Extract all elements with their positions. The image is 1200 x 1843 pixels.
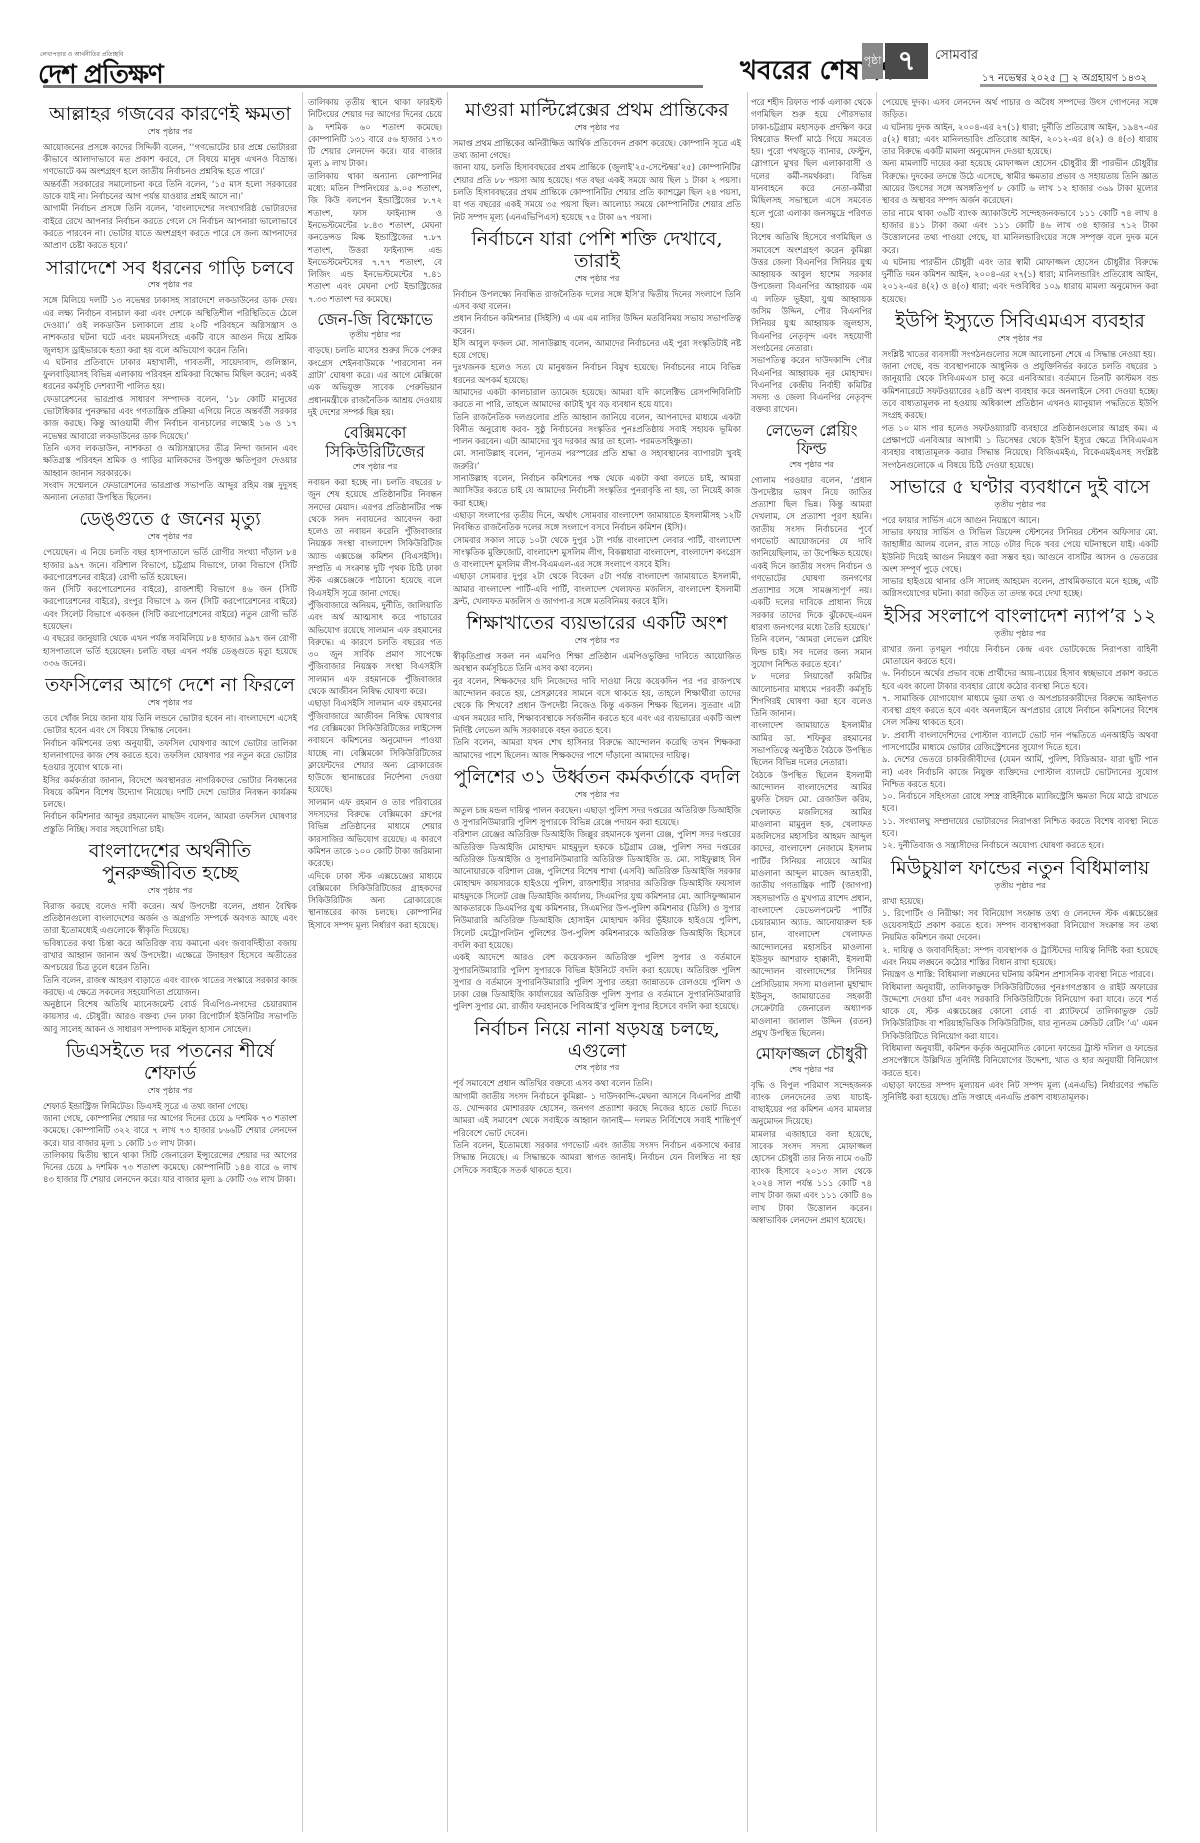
column-mid-left: তালিকায় তৃতীয় স্থানে থাকা ফারইস্ট নিটি… [308, 96, 442, 937]
article: সারাদেশে সব ধরনের গাড়ি চলবেশেষ পৃষ্ঠার … [43, 258, 297, 504]
article-paragraph: এ ঘটনায় দুদক আইন, ২০০৪-এর ২৭(১) ধারা; দ… [882, 121, 1158, 158]
continued-from-label: শেষ পৃষ্ঠার পর [308, 461, 442, 474]
article-paragraph: অন্তর্বর্তী সরকারের সমালোচনা করে তিনি বল… [43, 178, 297, 203]
article-paragraph: এছাড়া বিএসইসি সালমান এফ রহমানের পুঁজিবা… [308, 697, 442, 795]
article-paragraph: জানা গেছে, বন্ড ব্যবস্থাপনাকে আধুনিক ও প… [882, 360, 1158, 421]
article-paragraph: ৯. দেশের ভেতরে চাকরিজীবীদের (যেমন আর্মি,… [882, 753, 1158, 790]
article-paragraph: সমাপ্ত প্রথম প্রান্তিকের অনিরীক্ষিত আর্থ… [453, 137, 741, 162]
article-paragraph: বরিশাল রেঞ্জের অতিরিক্ত ডিআইজি জিল্লুর র… [453, 828, 741, 951]
article-paragraph: সাভার ফায়ার সার্ভিস ও সিভিল ডিফেন্স স্ট… [882, 526, 1158, 575]
article: মোফাজ্জল চৌধুরীশেষ পৃষ্ঠার পরবৃদ্ধি ও বি… [751, 1045, 872, 1226]
continued-from-label: শেষ পৃষ্ঠার পর [43, 279, 297, 292]
article-paragraph: এছাড়া সোমবার দুপুর ২টা থেকে বিকেল ৫টা প… [453, 570, 741, 607]
article-paragraph: তার নামে থাকা ৩৬টি ব্যাংক অ্যাকাউন্টে সন… [882, 207, 1158, 256]
article-paragraph: ১১. সংখ্যালঘু সম্প্রদায়ের ভোটারদের নিরা… [882, 815, 1158, 840]
article-paragraph: এছাড়া ফান্ডের সম্পদ মূল্যায়ন এবং নিট স… [882, 1079, 1158, 1104]
article-paragraph: এ বছরের জানুয়ারি থেকে এখন পর্যন্ত সবমিল… [43, 632, 297, 669]
column-divider [302, 92, 303, 1832]
column-right: পেয়েছে দুদক। এসব লেনদেন অর্থ পাচার ও অব… [882, 96, 1158, 1110]
article-paragraph: তালিকায় তৃতীয় স্থানে থাকা ফারইস্ট নিটি… [308, 96, 442, 170]
masthead-rule-right [980, 84, 1157, 87]
article: আল্লাহর গজবের কারণেই ক্ষমতাশেষ পৃষ্ঠার প… [43, 104, 297, 252]
article: লেভেল প্লেয়িং ফিল্ডশেষ পৃষ্ঠার পরগোলাম … [751, 422, 872, 1039]
article-paragraph: আমাদের একটা কালচারাল ড্যামেজ হয়েছে। আমর… [453, 386, 741, 411]
column-divider [747, 92, 748, 1832]
article-paragraph: ৮. প্রবাসী বাংলাদেশিদের পোস্টাল ব্যালটে … [882, 729, 1158, 754]
article-paragraph: পুঁজিবাজারে অনিয়ম, দুর্নীতি, জালিয়াতি … [308, 599, 442, 697]
article: সাভারে ৫ ঘণ্টার ব্যবধানে দুই বাসেতৃতীয় … [882, 477, 1158, 600]
page-label: পৃষ্ঠা [862, 43, 883, 79]
article-paragraph: অন্য মামলাটি দায়ের করা হয়েছে মোফাজ্জল … [882, 157, 1158, 206]
article-paragraph: ১২. দুর্নীতিবাজ ও সন্ত্রাসীদের নির্বাচনে… [882, 839, 1158, 851]
article-paragraph: নির্বাচন কমিশনের তথ্য অনুযায়ী, তফসিল ঘো… [43, 737, 297, 774]
continued-from-label: শেষ পৃষ্ঠার পর [43, 531, 297, 544]
continued-from-label: শেষ পৃষ্ঠার পর [453, 273, 741, 286]
masthead-rule-left [43, 85, 703, 88]
continued-from-label: শেষ পৃষ্ঠার পর [43, 126, 297, 139]
article-paragraph: সংশ্লিষ্ট খাতের ব্যবসায়ী সংগঠনগুলোর সঙ্… [882, 348, 1158, 360]
column-divider [876, 92, 877, 1832]
article-paragraph: ইসির কর্মকর্তারা জানান, বিদেশে অবস্থানরত… [43, 774, 297, 811]
article-paragraph: বিরাজ করছে বলেও দাবী করেন। অর্থ উপদেষ্টা… [43, 900, 297, 937]
article-paragraph: রাখা হয়েছে। [882, 895, 1158, 907]
article-paragraph: বিধিমালা অনুযায়ী, কমিশন কর্তৃক অনুমোদিত… [882, 1042, 1158, 1079]
article-headline: বেক্সিমকো সিকিউরিটিজের [308, 424, 442, 461]
article-paragraph: ১. রিপোর্টিং ও নিরীক্ষা: সব বিনিয়োগ সংক… [882, 907, 1158, 944]
article: তফসিলের আগে দেশে না ফিরলেশেষ পৃষ্ঠার পরত… [43, 675, 297, 835]
article: বেক্সিমকো সিকিউরিটিজেরশেষ পৃষ্ঠার পরনবায… [308, 424, 442, 931]
continued-from-label: তৃতীয় পৃষ্ঠার পর [308, 329, 442, 342]
article-paragraph: বৃদ্ধি ও বিপুল পরিমাণ সন্দেহজনক ব্যাংক ল… [751, 1079, 872, 1128]
article-paragraph: ৬. নির্বাচনে অর্থের প্রভাব বন্ধে প্রার্থ… [882, 667, 1158, 692]
continued-from-label: তৃতীয় পৃষ্ঠার পর [882, 499, 1158, 512]
article-paragraph: ১০. নির্বাচনে সহিংসতা রোধে সশস্ত্র বাহিন… [882, 790, 1158, 815]
continued-from-label: শেষ পৃষ্ঠার পর [43, 1085, 297, 1098]
article: বাংলাদেশের অর্থনীতি পুনরুজ্জীবিত হচ্ছেশে… [43, 841, 297, 1035]
article-paragraph: স্বীকৃতিপ্রাপ্ত সকল নন এমপিও শিক্ষা প্রত… [453, 650, 741, 675]
article-paragraph: ২. দায়িত্ব ও জবাবদিহিতা: সম্পদ ব্যবস্থা… [882, 944, 1158, 969]
article-paragraph: বৈঠকে উপস্থিত ছিলেন ইসলামী আন্দোলন বাংলা… [751, 769, 872, 1040]
article-paragraph: সভাপতিত্ব করেন দাউদকান্দি পৌর বিএনপির আহ… [751, 354, 872, 415]
article: পুলিশের ৩১ উর্ধ্বতন কর্মকর্তাকে বদলিশেষ … [453, 767, 741, 1013]
article-paragraph: বিধিমালা অনুযায়ী, তালিকাভুক্ত সিকিউরিটি… [882, 981, 1158, 1042]
article: তালিকায় তৃতীয় স্থানে থাকা ফারইস্ট নিটি… [308, 96, 442, 305]
article-paragraph: ইসি আবুল ফজল মো. সানাউল্লাহ বলেন, আমাদের… [453, 337, 741, 362]
article-headline: তফসিলের আগে দেশে না ফিরলে [43, 675, 297, 697]
article-paragraph: সংবাদ সম্মেলনে ফেডারেশনের ভারপ্রাপ্ত সভা… [43, 479, 297, 504]
article-paragraph: সানাউল্লাহ বলেন, নির্বাচন কমিশনের পক্ষ থ… [453, 472, 741, 509]
article-paragraph: বাড়ছে। চলতি মাসের শুরুর দিকে পেরুর কংগ্… [308, 344, 442, 418]
newspaper-logo: দেশ প্রতিক্ষণ [38, 54, 163, 98]
page-number: ৭ [885, 43, 928, 79]
article-paragraph: তালিকায় থাকা অন্যান্য কোম্পানির মধ্যে: … [308, 170, 442, 305]
article-headline: নির্বাচন নিয়ে নানা ষড়যন্ত্র চলছে, এগুল… [453, 1019, 741, 1063]
article-paragraph: একই আদেশে আরও বেশ কয়েকজন অতিরিক্ত পুলিশ… [453, 951, 741, 1012]
continued-from-label: শেষ পৃষ্ঠার পর [453, 635, 741, 648]
article-paragraph: তিনি বলেন, রাজস্ব আহরণ বাড়াতে এবং ব্যাং… [43, 974, 297, 999]
continued-from-label: শেষ পৃষ্ঠার পর [453, 789, 741, 802]
article-paragraph: গোলাম পরওয়ার বলেন, ‘প্রধান উপদেষ্টার ভা… [751, 474, 872, 634]
article-paragraph: গত ১০ মাস পার হলেও সফটওয়্যারটি ব্যবহারে… [882, 422, 1158, 471]
article-paragraph: এ ঘটনায় পারভীন চৌধুরী এবং তার স্বামী মো… [882, 256, 1158, 305]
article-paragraph: আগামী জাতীয় সংসদ নির্বাচনে কুমিল্লা- ১ … [453, 1090, 741, 1139]
article-paragraph: সাভার হাইওয়ে থানার ওসি সালেহ আহমেদ বলেন… [882, 575, 1158, 600]
article-paragraph: দুঃখজনক হলেও সত্য যে মানুষজন নির্বাচন বি… [453, 361, 741, 386]
article-headline: বাংলাদেশের অর্থনীতি পুনরুজ্জীবিত হচ্ছে [43, 841, 297, 885]
continued-from-label: শেষ পৃষ্ঠার পর [453, 1062, 741, 1075]
continued-from-label: শেষ পৃষ্ঠার পর [453, 122, 741, 135]
article-paragraph: তিনি বলেন, ইতোমধ্যে সরকার গণভোট এবং জাতী… [453, 1139, 741, 1176]
continued-from-label: শেষ পৃষ্ঠার পর [43, 885, 297, 898]
article-paragraph: তালিকায় দ্বিতীয় স্থানে থাকা সিটি জেনার… [43, 1149, 297, 1186]
continued-from-label: তৃতীয় পৃষ্ঠার পর [882, 628, 1158, 641]
article: মিউচুয়াল ফান্ডের নতুন বিধিমালায়তৃতীয় … [882, 858, 1158, 1104]
column-center-right: পরে শহীদ রিফাত পার্ক এলাকা থেকে গণমিছিল … [751, 96, 872, 1232]
article: ডিএসইতে দর পতনের শীর্ষে শেফার্ডশেষ পৃষ্ঠ… [43, 1041, 297, 1186]
article-paragraph: এছাড়া সংলাপের তৃতীয় দিনে, অর্থাৎ সোমবা… [453, 509, 741, 534]
article: নির্বাচনে যারা পেশি শক্তি দেখাবে, তারাইশ… [453, 229, 741, 607]
article-paragraph: অতুল চন্দ্র মন্ডল দায়িত্ব পালন করছেন। এ… [453, 804, 741, 829]
article-headline: ইসির সংলাপে বাংলাদেশ ন্যাপ’র ১২ [882, 606, 1158, 628]
issue-day: সোমবার [935, 46, 978, 67]
article: মাগুরা মাল্টিপ্লেক্সের প্রথম প্রান্তিকের… [453, 100, 741, 223]
article-paragraph: জন (সিটি করপোরেশনের বাইরে), রাজশাহী বিভা… [43, 583, 297, 632]
article-paragraph: তবে খোঁজ নিয়ে জানা যায় তিনি লন্ডনে ভোট… [43, 712, 297, 737]
column-center: মাগুরা মাল্টিপ্লেক্সের প্রথম প্রান্তিকের… [453, 96, 741, 1182]
article-paragraph: জানা যায়, চলতি হিসাববছরের প্রথম প্রান্ত… [453, 161, 741, 222]
article: ইসির সংলাপে বাংলাদেশ ন্যাপ’র ১২তৃতীয় পৃ… [882, 606, 1158, 852]
article: নির্বাচন নিয়ে নানা ষড়যন্ত্র চলছে, এগুল… [453, 1019, 741, 1176]
article-paragraph: সোমবার সকাল সাড়ে ১০টা থেকে দুপুর ১টা পর… [453, 534, 741, 571]
article-headline: ইউপি ইস্যুতে সিবিএমএস ব্যবহার [882, 311, 1158, 333]
article-paragraph: বিশেষ অতিথি হিসেবে গণমিছিল ও সমাবেশে অংশ… [751, 231, 872, 354]
article: শিক্ষাখাতের ব্যয়ভারের একটি অংশশেষ পৃষ্ঠ… [453, 613, 741, 761]
article: ডেঙ্গুতে ৫ জনের মৃত্যুশেষ পৃষ্ঠার পরপেয়… [43, 509, 297, 669]
article-paragraph: নিয়ন্ত্রণ ও শাস্তি: বিধিমালা লঙ্ঘনের ঘট… [882, 968, 1158, 980]
article-paragraph: আগামী নির্বাচন প্রসঙ্গে তিনি বলেন, ‘বাংল… [43, 202, 297, 251]
article-paragraph: জানা গেছে, কোম্পানির শেয়ার দর আগের দিনে… [43, 1112, 297, 1149]
continued-from-label: শেষ পৃষ্ঠার পর [43, 697, 297, 710]
article-headline: সারাদেশে সব ধরনের গাড়ি চলবে [43, 258, 297, 280]
article-headline: লেভেল প্লেয়িং ফিল্ড [751, 422, 872, 459]
article-headline: মোফাজ্জল চৌধুরী [751, 1045, 872, 1063]
article-paragraph: রাখার জন্য তৃণমূল পর্যায়ে নির্বাচন কেন্… [882, 643, 1158, 668]
article-paragraph: তিনি এসব লকডাউন, নাশকতা ও অগ্নিসন্ত্রাসে… [43, 442, 297, 479]
article-paragraph: ৮ দলের লিয়াজোঁ কমিটির আলোচনার মাধ্যমে প… [751, 670, 872, 719]
continued-from-label: শেষ পৃষ্ঠার পর [751, 459, 872, 472]
article-paragraph: পেয়েছেন। এ নিয়ে চলতি বছর হাসপাতালে ভর্… [43, 546, 297, 583]
article-headline: শিক্ষাখাতের ব্যয়ভারের একটি অংশ [453, 613, 741, 635]
article: জেন-জি বিক্ষোভেতৃতীয় পৃষ্ঠার পরবাড়ছে। … [308, 311, 442, 418]
article-paragraph: প্রধান নির্বাচন কমিশনার (সিইসি) এ এম এম … [453, 312, 741, 337]
article-paragraph: এদিকে ঢাকা স্টক এক্সচেঞ্জের মাধ্যমে বেক্… [308, 870, 442, 931]
article-headline: পুলিশের ৩১ উর্ধ্বতন কর্মকর্তাকে বদলি [453, 767, 741, 789]
continued-from-label: শেষ পৃষ্ঠার পর [882, 333, 1158, 346]
article-paragraph: শেফার্ড ইন্ডাস্ট্রিজ লিমিটেড। ডিএসই সূত্… [43, 1100, 297, 1112]
article: ইউপি ইস্যুতে সিবিএমএস ব্যবহারশেষ পৃষ্ঠার… [882, 311, 1158, 471]
article-paragraph: অনুষ্ঠানে বিশেষ অতিথি ম্যানেজমেন্ট বোর্ড… [43, 998, 297, 1035]
article-paragraph: তিনি রাজনৈতিক দলগুলোর প্রতি আহ্বান জানিয… [453, 411, 741, 448]
article-paragraph: পেয়েছে দুদক। এসব লেনদেন অর্থ পাচার ও অব… [882, 96, 1158, 121]
article-paragraph: পরে শহীদ রিফাত পার্ক এলাকা থেকে গণমিছিল … [751, 96, 872, 231]
article-paragraph: বাংলাদেশ জামায়াতে ইসলামীর আমির ডা. শফিক… [751, 719, 872, 768]
article-headline: মাগুরা মাল্টিপ্লেক্সের প্রথম প্রান্তিকের [453, 100, 741, 122]
article-paragraph: নুর বলেন, শিক্ষকদের যদি নিজেদের দাবি দাও… [453, 675, 741, 736]
article-paragraph: ৭. সামাজিক যোগাযোগ মাধ্যমে ভুয়া তথ্য ও … [882, 692, 1158, 729]
article-headline: জেন-জি বিক্ষোভে [308, 311, 442, 329]
article-paragraph: পূর্ব সমাবেশে প্রধান অতিথির বক্তব্যে এসব… [453, 1077, 741, 1089]
article-headline: আল্লাহর গজবের কারণেই ক্ষমতা [43, 104, 297, 126]
article: পেয়েছে দুদক। এসব লেনদেন অর্থ পাচার ও অব… [882, 96, 1158, 305]
masthead: লেখাপড়ার ও আর্থনীতির প্রতিচ্ছবি দেশ প্র… [0, 0, 1200, 80]
article-headline: সাভারে ৫ ঘণ্টার ব্যবধানে দুই বাসে [882, 477, 1158, 499]
article-paragraph: পরে ফায়ার সার্ভিস এসে আগুন নিয়ন্ত্রণে … [882, 514, 1158, 526]
article-paragraph: নির্বাচন কমিশনার আব্দুর রহমানেল মাছউদ বল… [43, 810, 297, 835]
article: পরে শহীদ রিফাত পার্ক এলাকা থেকে গণমিছিল … [751, 96, 872, 416]
article-headline: নির্বাচনে যারা পেশি শক্তি দেখাবে, তারাই [453, 229, 741, 273]
article-paragraph: মো. সানাউল্লাহ বলেন, ‘ন্যূনতম পরস্পরের প… [453, 447, 741, 472]
article-paragraph: সঙ্গে মিলিয়ে দলটি ১৩ নভেম্বর ঢাকাসহ সার… [43, 294, 297, 355]
article-paragraph: নির্বাচন উপলক্ষ্যে নিবন্ধিত রাজনৈতিক দলে… [453, 288, 741, 313]
column-left: আল্লাহর গজবের কারণেই ক্ষমতাশেষ পৃষ্ঠার প… [43, 100, 297, 1192]
continued-from-label: শেষ পৃষ্ঠার পর [751, 1064, 872, 1077]
article-headline: ডেঙ্গুতে ৫ জনের মৃত্যু [43, 509, 297, 531]
article-paragraph: তিনি বলেন, আমরা যখন শেখ হাসিনার বিরুদ্ধে… [453, 736, 741, 761]
article-paragraph: সালমান এফ রহমান ও তার পরিবারের সদস্যদের … [308, 796, 442, 870]
article-paragraph: মামলার এজাহারে বলা হয়েছে, সাবেক সংসদ সদ… [751, 1128, 872, 1226]
article-paragraph: ভবিষ্যতের কথা চিন্তা করে অতিরিক্ত ব্যয় … [43, 937, 297, 974]
article-paragraph: ফেডারেশনের ভারপ্রাপ্ত সাধারণ সম্পাদক বলে… [43, 393, 297, 442]
article-paragraph: এ ঘটনার প্রতিবাদে ঢাকার মহাখালী, গাবতলী,… [43, 356, 297, 393]
article-headline: মিউচুয়াল ফান্ডের নতুন বিধিমালায় [882, 858, 1158, 880]
article-headline: ডিএসইতে দর পতনের শীর্ষে শেফার্ড [43, 1041, 297, 1085]
article-paragraph: আয়োজনের প্রসঙ্গে কাদের সিদ্দিকী বলেন, ‘… [43, 141, 297, 178]
article-paragraph: নবায়ন করা হচ্ছে না। চলতি বছরের ৮ জুন শে… [308, 476, 442, 599]
continued-from-label: তৃতীয় পৃষ্ঠার পর [882, 880, 1158, 893]
column-divider [447, 92, 448, 1832]
article-paragraph: তিনি বলেন, ‘আমরা লেভেল প্লেয়িং ফিল্ড চা… [751, 633, 872, 670]
